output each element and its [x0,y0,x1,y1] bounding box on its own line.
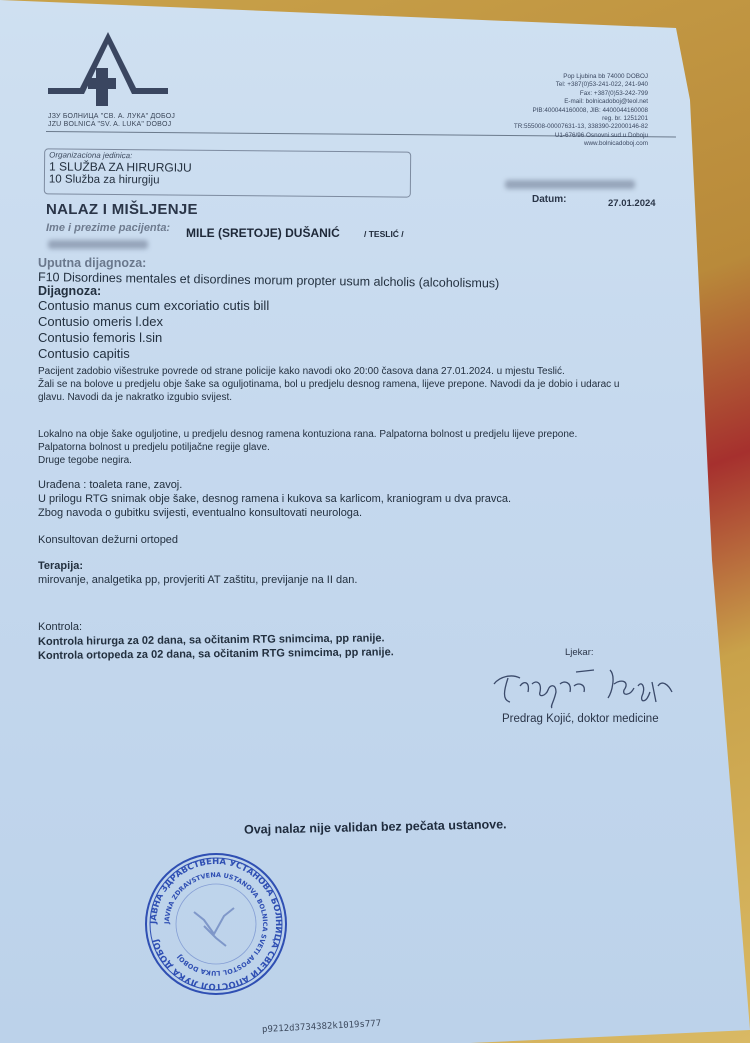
footer-code: p9212d3734382k1019s777 [262,1019,382,1035]
address-line: Fax: +387(0)53-242-799 [514,90,648,98]
ctrl-line: Kontrola hirurga za 02 dana, sa očitanim… [38,632,385,648]
address-line: Tel: +387(0)53-241-022, 241-940 [514,81,648,89]
address-line: TR:555008-00007631-13, 338390-22000146-8… [514,123,648,131]
referral-label: Uputna dijagnoza: [38,256,146,270]
date-value: 27.01.2024 [608,198,656,209]
diag-list-line: Contusio omeris l.dex [38,314,163,329]
hospital-address: Pop Ljubina bb 74000 DOBOJTel: +387(0)53… [514,73,648,149]
logo-caption-cyrillic: ЈЗУ БОЛНИЦА "СВ. А. ЛУКА" ДОБОЈ [48,113,175,121]
patient-name: MILE (SRETOJE) DUŠANIĆ [186,226,340,240]
address-line: Pop Ljubina bb 74000 DOBOJ [514,73,648,81]
validity-note: Ovaj nalaz nije validan bez pečata ustan… [244,817,507,836]
patient-place: / TESLIĆ / [364,229,404,239]
org-unit-line2: 10 Služba za hirurgiju [49,173,160,186]
document-page: ЈЗУ БОЛНИЦА "СВ. А. ЛУКА" ДОБОЈ JZU BOLN… [0,0,750,1043]
therapy-label: Terapija: [38,560,83,572]
proc-line: Zbog navoda o gubitku svijesti, eventual… [38,507,362,519]
consult-note: Konsultovan dežurni ortoped [38,534,178,546]
anam-line: Žali se na bolove u predjelu obje šake s… [38,379,620,390]
anam-line: Pacijent zadobio višestruke povrede od s… [38,366,565,377]
address-line: reg. br. 1251201 [514,115,648,123]
signature-icon [490,662,680,712]
ctrl-line: Kontrola ortopeda za 02 dana, sa očitani… [38,646,394,662]
address-line: PIB:400044160008, JIB: 4400044160008 [514,107,648,115]
stat-line: Druge tegobe negira. [38,455,132,466]
signature-label: Ljekar: [565,647,594,658]
proc-line: Urađena : toaleta rane, zavoj. [38,479,182,491]
org-unit-line1: 1 SLUŽBA ZA HIRURGIJU [49,159,192,174]
patient-label: Ime i prezime pacijenta: [46,222,170,234]
diag-list-line: Contusio capitis [38,346,130,361]
document-title: NALAZ I MIŠLJENJE [46,201,198,218]
institution-stamp-icon: ЈАВНА ЗДРАВСТВЕНА УСТАНОВА БОЛНИЦА СВЕТИ… [142,850,290,998]
logo-caption-latin: JZU BOLNICA "SV. A. LUKA" DOBOJ [48,121,175,129]
referral-text: F10 Disordines mentales et disordines mo… [38,270,499,290]
redacted-patient-id [48,240,148,249]
doctor-name: Predrag Kojić, doktor medicine [502,713,659,725]
svg-text:JAVNA ZDRAVSTVENA USTANOVA BOL: JAVNA ZDRAVSTVENA USTANOVA BOLNICA SVETI… [163,871,269,977]
date-label: Datum: [532,194,566,205]
redacted-field [505,180,635,189]
address-line: E-mail: bolnicadoboj@teol.net [514,98,648,106]
address-line: www.bolnicadoboj.com [514,140,648,148]
diagnosis-label: Dijagnoza: [38,284,101,298]
address-line: U1-676/96 Osnovni sud u Doboju [514,132,648,140]
hospital-logo-icon [48,30,168,110]
diag-list-line: Contusio manus cum excoriatio cutis bill [38,298,269,313]
therapy-text: mirovanje, analgetika pp, provjeriti AT … [38,574,357,586]
org-unit-box: Organizaciona jedinica: 1 SLUŽBA ZA HIRU… [44,148,411,197]
proc-line: U prilogu RTG snimak obje šake, desnog r… [38,493,511,505]
stat-line: Lokalno na obje šake oguljotine, u predj… [38,429,577,440]
diag-list-line: Contusio femoris l.sin [38,330,162,345]
anam-line: glavu. Navodi da je nakratko izgubio svi… [38,392,232,403]
stat-line: Palpatorna bolnost u predjelu potiljačne… [38,442,270,453]
logo-caption: ЈЗУ БОЛНИЦА "СВ. А. ЛУКА" ДОБОЈ JZU BOLN… [48,113,175,129]
control-label: Kontrola: [38,621,82,633]
